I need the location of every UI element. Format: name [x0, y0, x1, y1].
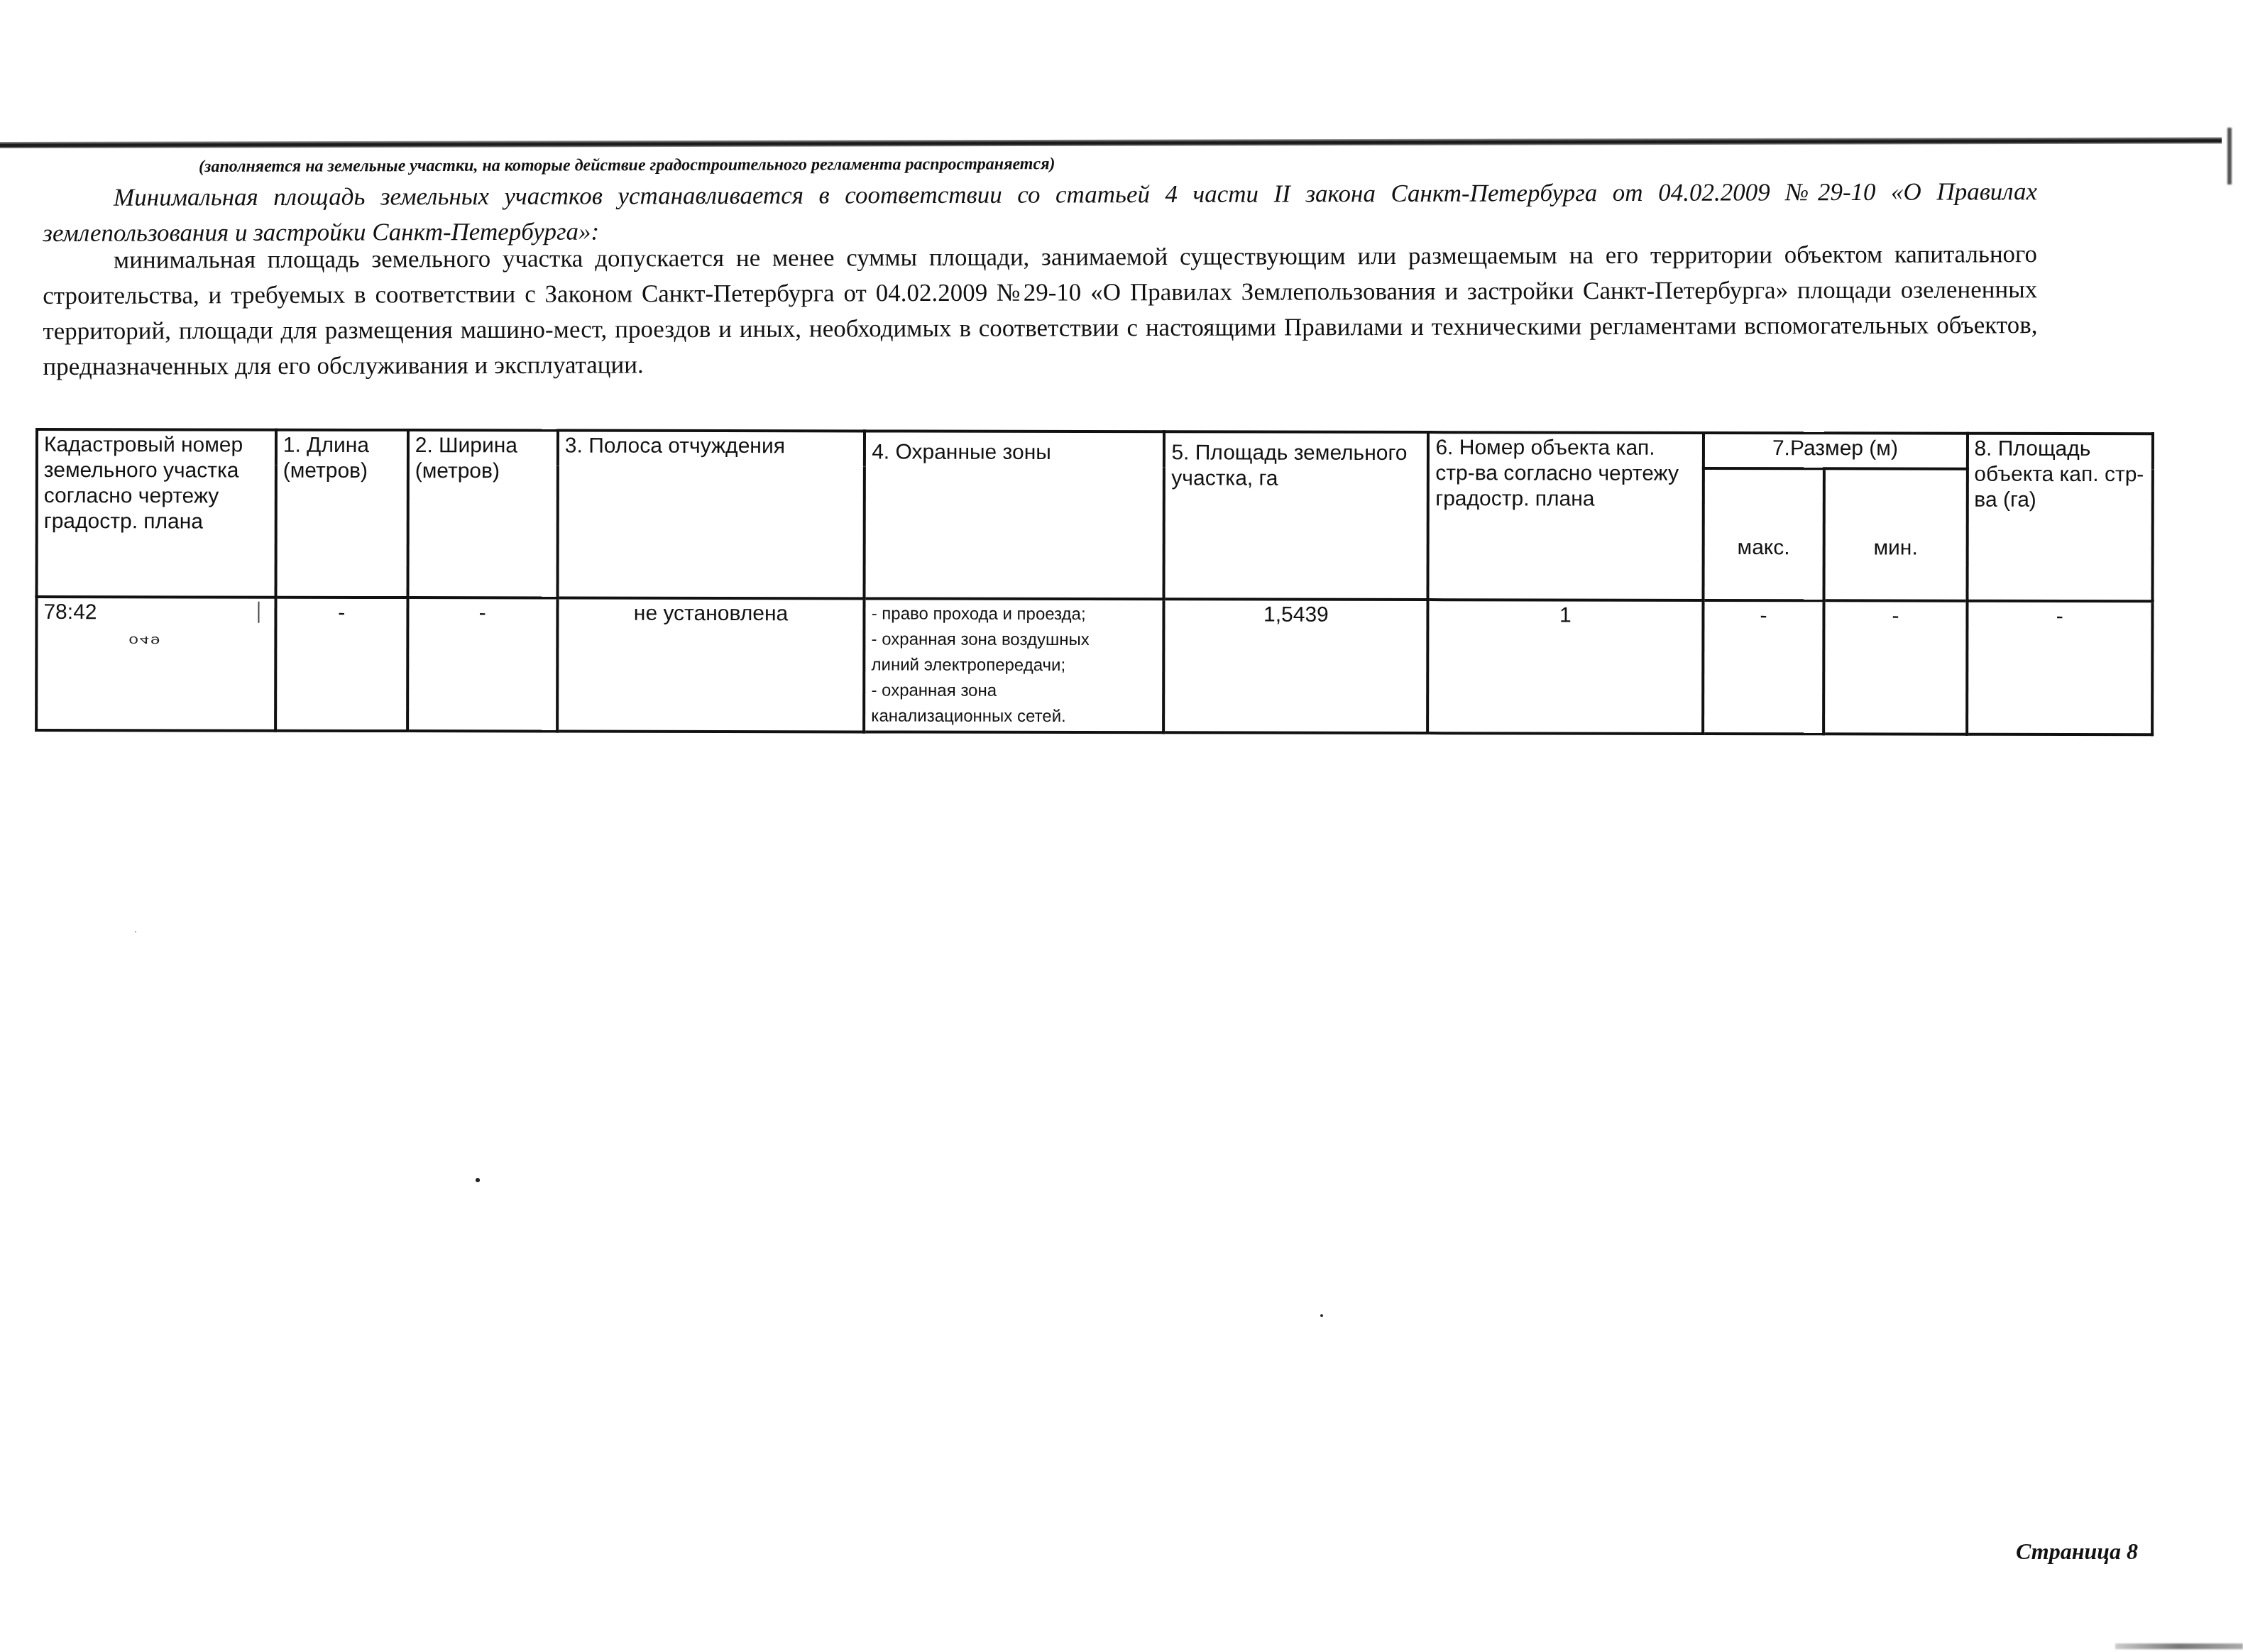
- land-plot-parameters-table: Кадастровый номер земельного участка сог…: [35, 428, 2154, 736]
- protection-zone-line: линий электропередачи;: [871, 652, 1156, 678]
- header-size-min: мин.: [1824, 468, 1967, 600]
- scan-speck: [1320, 1314, 1323, 1317]
- header-alienation-strip: 3. Полоса отчуждения: [557, 431, 865, 599]
- header-cadastral-number: Кадастровый номер земельного участка сог…: [37, 429, 276, 598]
- scan-speck: [135, 931, 136, 932]
- cell-size-max: -: [1703, 600, 1824, 734]
- cell-object-number: 1: [1428, 600, 1703, 734]
- minimum-area-rule-text: минимальная площадь земельного участка д…: [43, 240, 2037, 380]
- table-row: 78:42 049 - - не установлена - право про…: [36, 597, 2152, 734]
- scan-bottom-edge: [2115, 1643, 2243, 1649]
- cell-object-area: -: [1967, 601, 2153, 735]
- cell-width: -: [407, 598, 558, 731]
- header-protection-zones: 4. Охранные зоны: [865, 431, 1165, 599]
- cell-cadastral-number: 78:42 049: [36, 597, 275, 731]
- cell-size-min: -: [1824, 600, 1967, 734]
- cadastral-number-value: 78:42: [43, 600, 97, 624]
- cell-alienation-strip: не установлена: [557, 598, 865, 732]
- protection-zone-line: канализационных сетей.: [871, 703, 1156, 729]
- redaction-mark: [258, 602, 259, 623]
- header-object-number: 6. Номер объекта кап. стр-ва согласно че…: [1428, 432, 1704, 600]
- page-number: Страница 8: [2016, 1538, 2138, 1565]
- header-length: 1. Длина (метров): [275, 430, 407, 598]
- cadastral-number-tail: 049: [43, 634, 268, 646]
- header-plot-area: 5. Площадь земельного участка, га: [1164, 431, 1428, 600]
- scan-edge-shadow: [2227, 128, 2232, 185]
- scan-speck: [476, 1178, 480, 1182]
- cell-length: -: [275, 598, 407, 731]
- header-width: 2. Ширина (метров): [407, 430, 558, 598]
- cell-protection-zones: - право прохода и проезда; - охранная зо…: [864, 598, 1164, 732]
- protection-zone-line: - право прохода и проезда;: [872, 601, 1157, 627]
- cell-plot-area: 1,5439: [1164, 599, 1428, 733]
- minimum-area-intro-text: Минимальная площадь земельных участков у…: [43, 177, 2037, 247]
- table-header-row: Кадастровый номер земельного участка сог…: [37, 429, 2153, 469]
- header-size: 7.Размер (м): [1703, 433, 1967, 469]
- applicability-note: (заполняется на земельные участки, на ко…: [199, 151, 2193, 177]
- scan-top-rule: [0, 137, 2222, 148]
- minimum-area-rule-paragraph: минимальная площадь земельного участка д…: [43, 236, 2038, 385]
- header-object-area: 8. Площадь объекта кап. стр-ва (га): [1967, 434, 2153, 602]
- protection-zone-line: - охранная зона воздушных: [872, 627, 1157, 653]
- header-size-max: макс.: [1703, 468, 1824, 600]
- protection-zone-line: - охранная зона: [871, 678, 1156, 704]
